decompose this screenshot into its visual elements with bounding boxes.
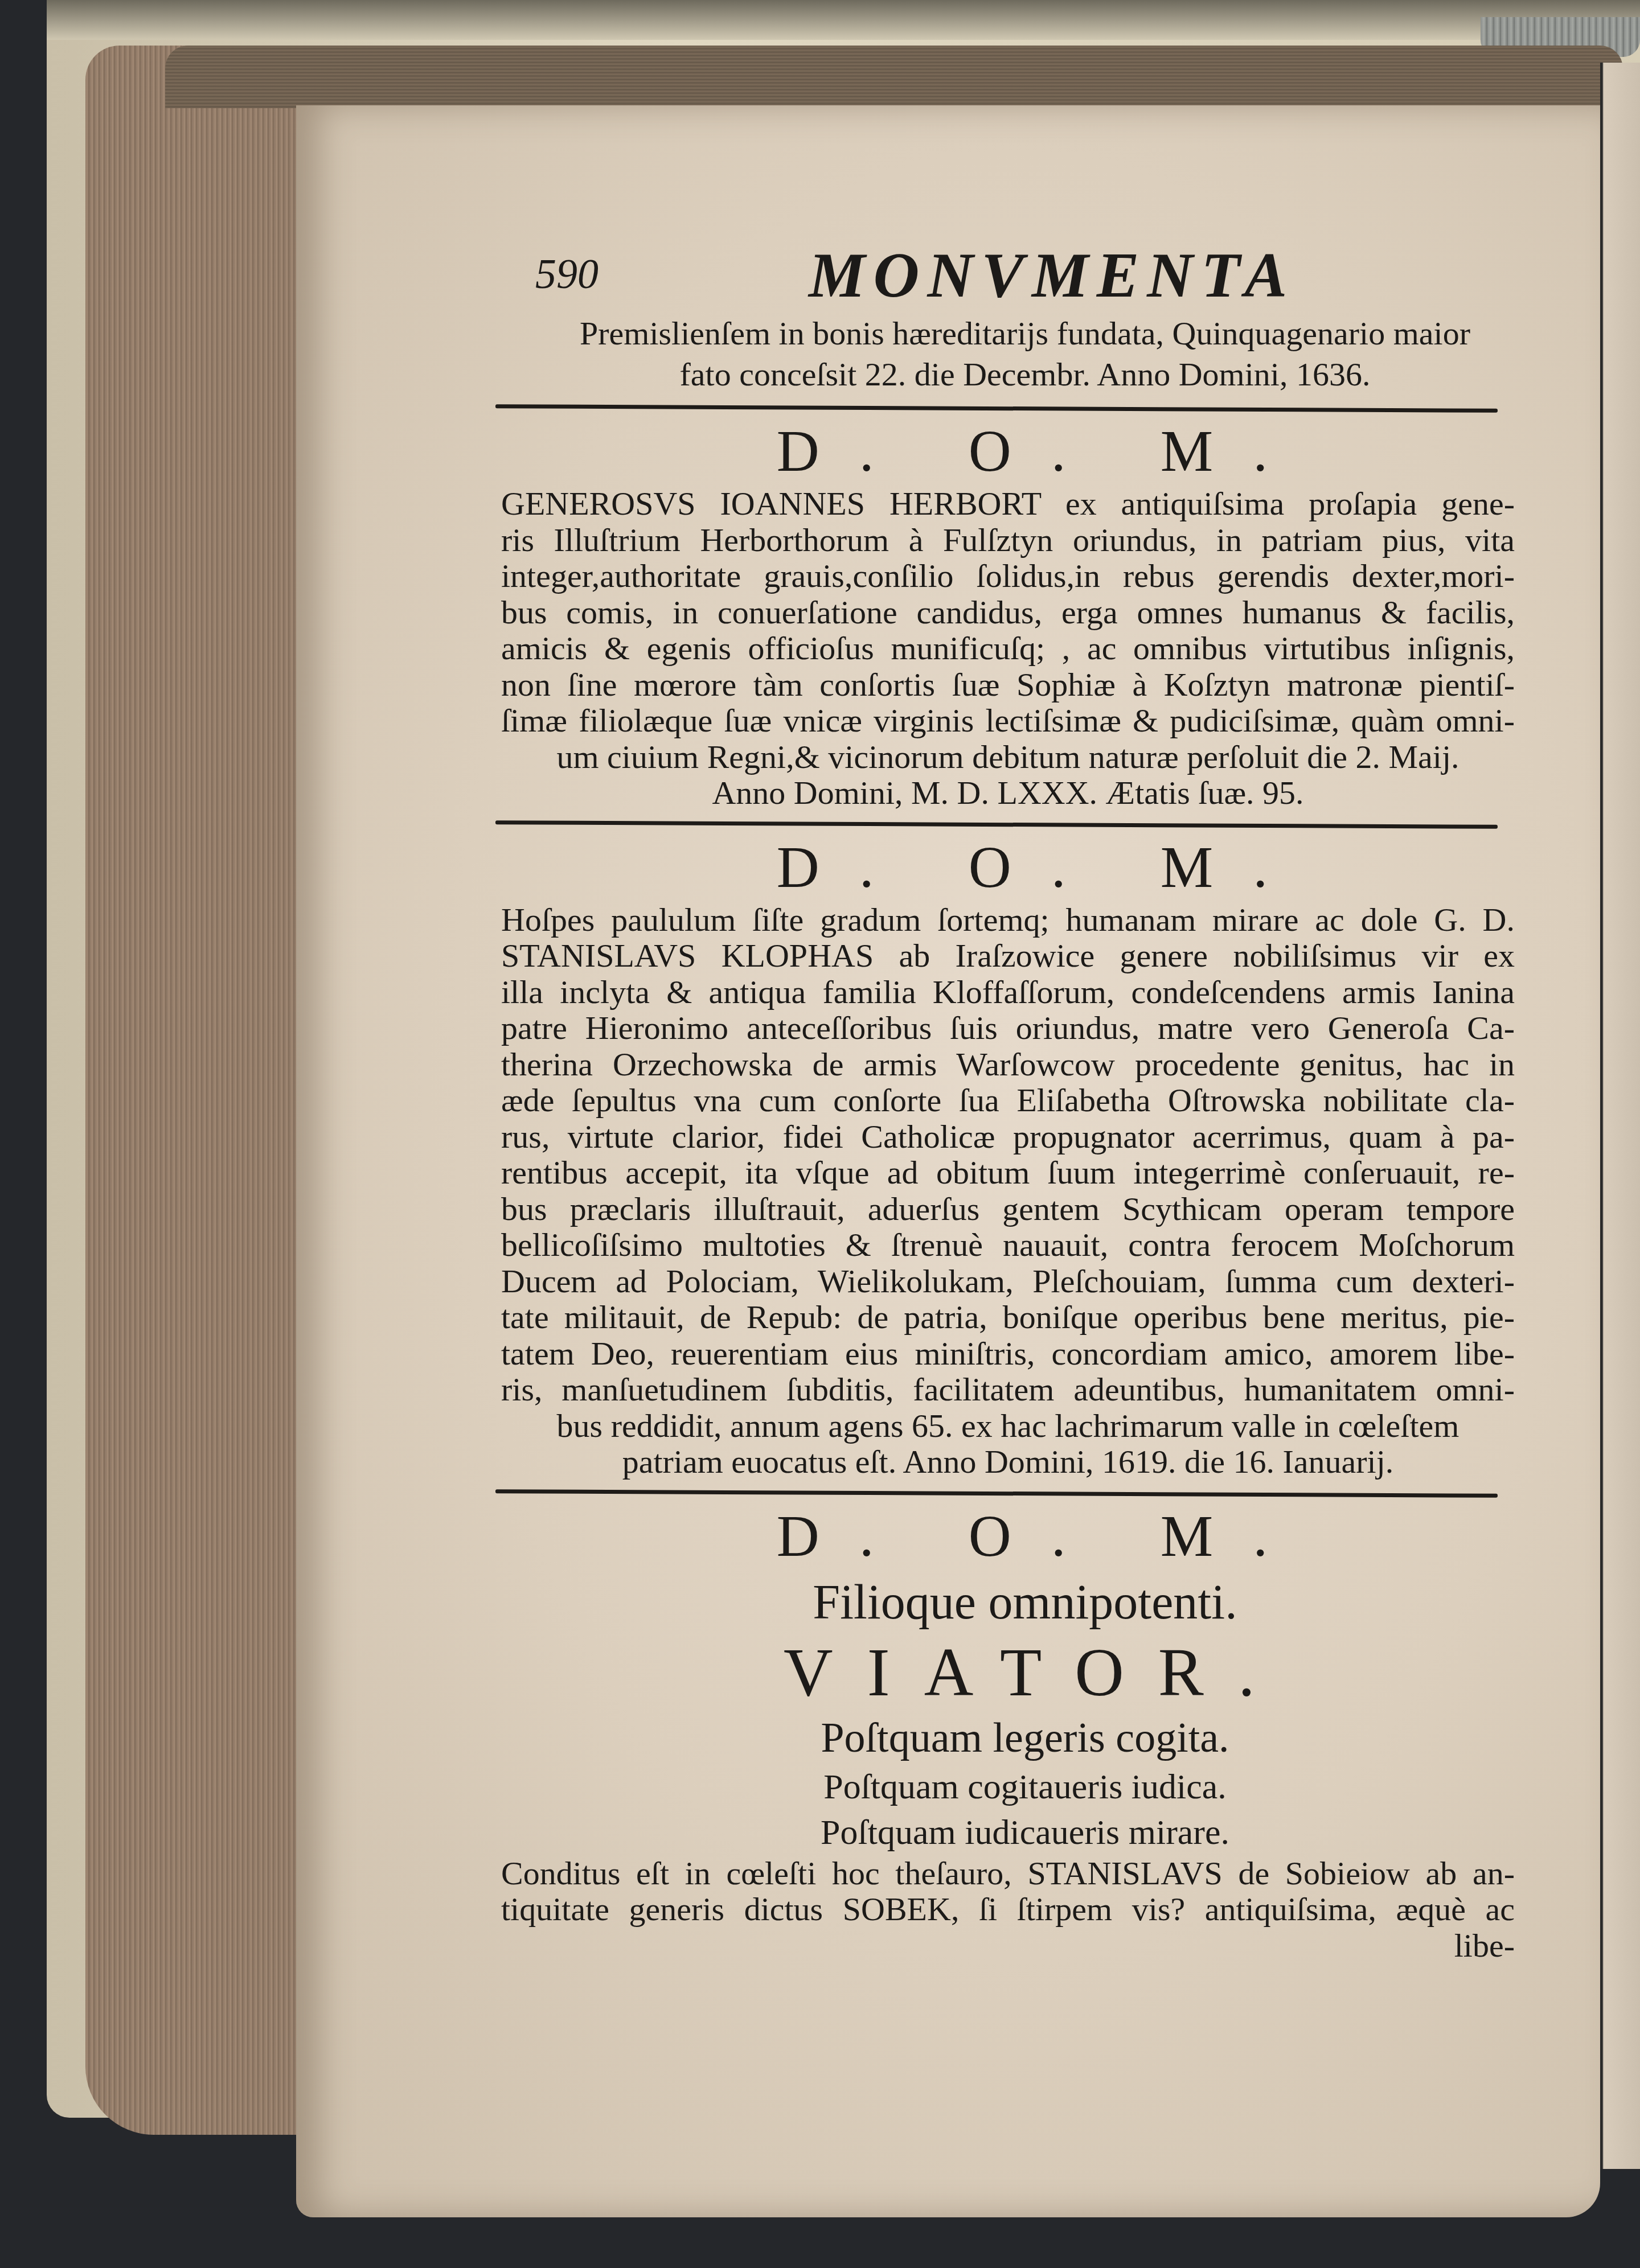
- running-head: 590 MONVMENTA: [512, 228, 1537, 313]
- dom-heading: D. O. M.: [547, 417, 1537, 486]
- text-line: patre Hieronimo anteceſſoribus ſuis oriu…: [501, 1010, 1515, 1046]
- section-divider: [495, 820, 1498, 829]
- intro-continuation: Premislienſem in bonis hæreditarijs fund…: [512, 313, 1537, 395]
- text-line: ſimæ filiolæque ſuæ vnicæ virginis lecti…: [501, 702, 1515, 739]
- dedication: Filioque omnipotenti.: [512, 1571, 1537, 1633]
- text-line: ris, manſuetudinem ſubditis, facilitatem…: [501, 1371, 1515, 1408]
- page-edges: [85, 46, 325, 2135]
- text-line: amicis & egenis officioſus munificuſq; ,…: [501, 630, 1515, 667]
- book-cover-top: [47, 0, 1640, 40]
- epitaph-text: Conditus eſt in cœleſti hoc theſauro, ST…: [501, 1855, 1515, 1964]
- maxim: Poſtquam cogitaueris iudica.: [512, 1764, 1537, 1810]
- catchword: libe-: [501, 1928, 1515, 1964]
- address-viator: VIATOR.: [535, 1633, 1537, 1712]
- page-number: 590: [535, 250, 598, 299]
- text-line: integer,authoritate grauis,conſilio ſoli…: [501, 558, 1515, 594]
- text-line: non ſine mœrore tàm conſortis ſuæ Sophiæ…: [501, 667, 1515, 703]
- text-line: patriam euocatus eſt. Anno Domini, 1619.…: [501, 1444, 1515, 1480]
- dom-heading: D. O. M.: [547, 1502, 1537, 1571]
- text-line: tate militauit, de Repub: de patria, bon…: [501, 1299, 1515, 1336]
- epitaph-klophas: D. O. M. Hoſpes paululum ſiſte gradum ſo…: [512, 833, 1537, 1480]
- dom-heading: D. O. M.: [547, 833, 1537, 902]
- text-line: um ciuium Regni,& vicinorum debitum natu…: [501, 739, 1515, 775]
- maxim: Poſtquam legeris cogita.: [512, 1712, 1537, 1764]
- epitaph-text: Hoſpes paululum ſiſte gradum ſortemq; hu…: [501, 902, 1515, 1480]
- text-line: Conditus eſt in cœleſti hoc theſauro, ST…: [501, 1855, 1515, 1892]
- text-line: therina Orzechowska de armis Warſowcow p…: [501, 1046, 1515, 1083]
- text-line: bellicoſiſsimo multoties & ſtrenuè nauau…: [501, 1227, 1515, 1263]
- text-line: tatem Deo, reuerentiam eius miniſtris, c…: [501, 1336, 1515, 1372]
- epitaph-text: GENEROSVS IOANNES HERBORT ex antiquiſsim…: [501, 486, 1515, 811]
- maxim: Poſtquam iudicaueris mirare.: [512, 1810, 1537, 1855]
- text-line: rus, virtute clarior, fidei Catholicæ pr…: [501, 1119, 1515, 1155]
- text-line: ris Illuſtrium Herborthorum à Fulſztyn o…: [501, 522, 1515, 558]
- page-edges-top: [165, 46, 1623, 108]
- page-content: 590 MONVMENTA Premislienſem in bonis hær…: [512, 228, 1537, 1963]
- text-line: illa inclyta & antiqua familia Kloffaſſo…: [501, 974, 1515, 1010]
- section-divider: [495, 404, 1498, 413]
- text-line: STANISLAVS KLOPHAS ab Iraſzowice genere …: [501, 938, 1515, 974]
- text-line: bus præclaris illuſtrauit, aduerſus gent…: [501, 1191, 1515, 1227]
- text-line: Anno Domini, M. D. LXXX. Ætatis ſuæ. 95.: [501, 775, 1515, 811]
- text-line: bus comis, in conuerſatione candidus, er…: [501, 594, 1515, 631]
- text-line: Hoſpes paululum ſiſte gradum ſortemq; hu…: [501, 902, 1515, 938]
- intro-line: fato conceſsit 22. die Decembr. Anno Dom…: [518, 354, 1532, 395]
- text-line: tiquitate generis dictus SOBEK, ſi ſtirp…: [501, 1891, 1515, 1928]
- running-title: MONVMENTA: [809, 239, 1295, 313]
- facing-page-gutter: [1600, 63, 1640, 2169]
- intro-line: Premislienſem in bonis hæreditarijs fund…: [518, 313, 1532, 354]
- text-line: rentibus accepit, ita vſque ad obitum ſu…: [501, 1154, 1515, 1191]
- text-line: Ducem ad Polociam, Wielikolukam, Pleſcho…: [501, 1263, 1515, 1300]
- text-line: æde ſepultus vna cum conſorte ſua Eliſab…: [501, 1082, 1515, 1119]
- text-line: GENEROSVS IOANNES HERBORT ex antiquiſsim…: [501, 486, 1515, 522]
- section-divider: [495, 1489, 1498, 1498]
- text-line: bus reddidit, annum agens 65. ex hac lac…: [501, 1408, 1515, 1444]
- epitaph-herbort: D. O. M. GENEROSVS IOANNES HERBORT ex an…: [512, 417, 1537, 811]
- epitaph-sobek: D. O. M. Filioque omnipotenti. VIATOR. P…: [512, 1502, 1537, 1964]
